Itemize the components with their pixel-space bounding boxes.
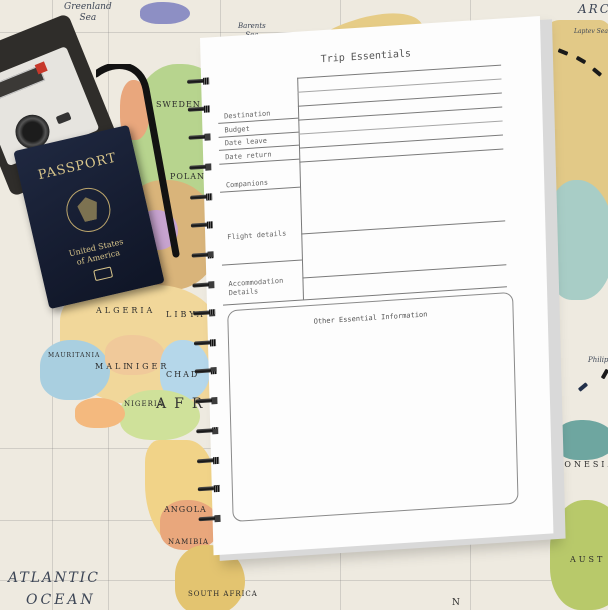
country-label: MAURITANIA	[48, 352, 100, 359]
country-label: ALGERIA	[96, 306, 155, 315]
country-label: SOUTH AFRICA	[188, 590, 258, 598]
spiral-coil	[190, 193, 214, 201]
ocean-label: Greenland Sea	[64, 2, 112, 24]
compass-label: N	[452, 598, 461, 608]
spiral-coil	[189, 163, 213, 171]
spiral-coil	[194, 339, 218, 347]
country-label: NIGER	[126, 362, 169, 371]
label-line	[222, 259, 302, 265]
camera-viewfinder	[56, 112, 72, 125]
spiral-coil	[195, 367, 219, 375]
field-label-budget: Budget	[224, 125, 250, 136]
country-label: NAMIBIA	[168, 538, 209, 546]
spiral-coil	[187, 77, 211, 85]
spiral-coil	[199, 515, 223, 523]
route-dash	[601, 369, 608, 380]
passport-title: PASSPORT	[18, 146, 136, 187]
country-label: AUST	[570, 555, 605, 564]
other-info-title: Other Essential Information	[229, 305, 513, 331]
ocean-label: Laptev Sea	[574, 28, 608, 35]
spiral-coil	[195, 397, 219, 405]
route-dash	[578, 382, 588, 391]
spiral-coil	[196, 427, 220, 435]
eagle-seal-icon	[62, 184, 115, 237]
ocean-label: Philip	[588, 356, 608, 364]
spiral-coil	[198, 485, 222, 493]
ocean-label: OCEAN	[26, 592, 96, 608]
field-label-accommodation: Accommodation Details	[228, 277, 283, 299]
trip-planner-notebook: Trip Essentials Destination Budget Date …	[200, 15, 563, 557]
ghana-region	[75, 398, 125, 428]
country-label: ANGOLA	[164, 505, 207, 514]
spiral-coil	[192, 251, 216, 259]
svalbard-landmass	[140, 2, 190, 24]
ocean-label: ATLANTIC	[8, 570, 100, 586]
spiral-coil	[197, 457, 221, 465]
spiral-coil	[189, 133, 213, 141]
ocean-label: ARC	[578, 2, 608, 16]
field-label-flight-details: Flight details	[227, 230, 286, 243]
spiral-coil	[191, 221, 215, 229]
planner-page: Trip Essentials Destination Budget Date …	[200, 16, 553, 555]
page-title: Trip Essentials	[321, 48, 412, 65]
spiral-coil	[193, 309, 217, 317]
spiral-coil	[188, 105, 212, 113]
spiral-coil	[192, 281, 216, 289]
biometric-chip-icon	[93, 266, 113, 281]
other-info-box[interactable]: Other Essential Information	[227, 292, 518, 522]
country-label: MALI	[95, 362, 129, 371]
